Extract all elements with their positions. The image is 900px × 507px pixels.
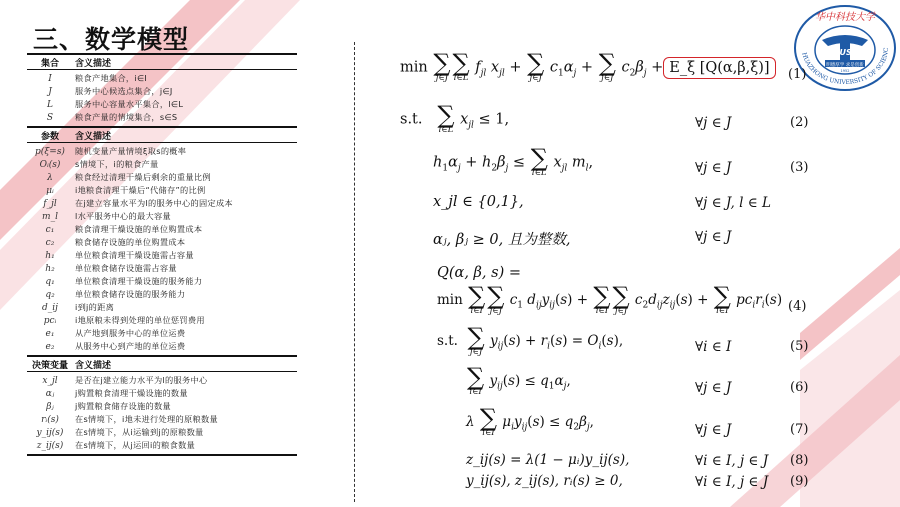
symbol: λ	[27, 173, 73, 183]
equation-binary: x_jl ∈ {0,1},	[433, 194, 524, 210]
symbol: d_ij	[27, 303, 73, 313]
table-row: h₂单位粮食储存设施需占容量	[27, 262, 297, 275]
description: 单位粮食储存设施的服务能力	[73, 289, 185, 300]
equation-number: (3)	[790, 160, 808, 175]
min-keyword: min	[437, 292, 463, 308]
symbol: βⱼ	[27, 402, 73, 412]
table-bottom-rule	[27, 454, 297, 456]
table-row: βⱼj购置粮食储存设施的数量	[27, 400, 297, 413]
symbol: c₁	[27, 225, 73, 235]
table-row: q₁单位粮食清理干燥设施的服务能力	[27, 275, 297, 288]
symbol: I	[27, 74, 73, 84]
symbol: m_l	[27, 212, 73, 222]
symbol: f_jl	[27, 199, 73, 209]
table-row: f_jl在j建立容量水平为l的服务中心的固定成本	[27, 197, 297, 210]
recourse-function-definition: Q(α, β, s) =	[437, 265, 521, 281]
header-desc: 含义描述	[73, 358, 111, 371]
table-row: L服务中心容量水平集合，l∈L	[27, 98, 297, 111]
sets-header: 集合 含义描述	[27, 53, 297, 70]
equation-condition: ∀j ∈ J	[695, 380, 731, 396]
description: 在s情境下，从j运回i的粮食数量	[73, 440, 195, 451]
logo-top-text: 华中科技大学	[815, 11, 877, 23]
table-row: I粮食产地集合，i∈I	[27, 72, 297, 85]
header-desc: 含义描述	[73, 129, 111, 142]
equation-condition: ∀j ∈ J	[695, 422, 731, 438]
equation-number: (6)	[790, 380, 808, 395]
symbol: h₁	[27, 251, 73, 261]
equation-7: λ ∑i∈I μiyij(s) ≤ q2βj,	[466, 407, 594, 438]
symbol: Oᵢ(s)	[27, 160, 73, 170]
symbol: μᵢ	[27, 186, 73, 196]
equation-condition: ∀j ∈ J	[695, 160, 731, 176]
description: i地原粮未得到处理的单位惩罚费用	[73, 315, 205, 326]
symbol: x_jl	[27, 376, 73, 386]
symbol: h₂	[27, 264, 73, 274]
symbol: e₂	[27, 342, 73, 352]
description: 粮食清理干燥设施的单位购置成本	[73, 224, 202, 235]
table-row: e₂从服务中心到产地的单位运费	[27, 340, 297, 353]
symbol: pcᵢ	[27, 316, 73, 326]
st-keyword: s.t.	[400, 112, 423, 128]
table-row: c₂粮食储存设施的单位购置成本	[27, 236, 297, 249]
table-row: p(ξ=s)随机变量产量情境ξ取s的概率	[27, 145, 297, 158]
equation-number: (5)	[790, 339, 808, 354]
symbol: e₁	[27, 329, 73, 339]
description: 粮食经过清理干燥后剩余的重量比例	[73, 172, 211, 183]
description: 粮食产地集合，i∈I	[73, 73, 147, 84]
description: 粮食产量的情境集合，s∈S	[73, 112, 177, 123]
logo-mark: HUST	[833, 48, 858, 57]
equation-9: y_ij(s), z_ij(s), rᵢ(s) ≥ 0,	[466, 473, 623, 489]
symbol: p(ξ=s)	[27, 147, 73, 157]
vars-header: 决策变量 含义描述	[27, 355, 297, 372]
table-row: μᵢi地粮食清理干燥后“代储存”的比例	[27, 184, 297, 197]
sets-rows: I粮食产地集合，i∈I J服务中心候选点集合，j∈J L服务中心容量水平集合，l…	[27, 70, 297, 126]
table-row: J服务中心候选点集合，j∈J	[27, 85, 297, 98]
equation-condition: ∀j ∈ J	[695, 229, 731, 245]
symbol: L	[27, 100, 73, 110]
description: i到j的距离	[73, 302, 114, 313]
description: l水平服务中心的最大容量	[73, 211, 171, 222]
table-row: pcᵢi地原粮未得到处理的单位惩罚费用	[27, 314, 297, 327]
table-row: x_jl是否在j建立能力水平为l的服务中心	[27, 374, 297, 387]
equation-condition: ∀j ∈ J, l ∈ L	[695, 195, 771, 211]
st-keyword: s.t.	[437, 333, 458, 349]
equation-number: (1)	[788, 67, 806, 82]
symbol: S	[27, 113, 73, 123]
table-row: λ粮食经过清理干燥后剩余的重量比例	[27, 171, 297, 184]
logo-motto: 明德厚学 求是创新	[826, 61, 864, 68]
equation-4: min ∑i∈I∑j∈J c1 dijyij(s) + ∑i∈I∑j∈J c2d…	[437, 285, 782, 316]
equation-condition: ∀j ∈ J	[695, 115, 731, 131]
description: 随机变量产量情境ξ取s的概率	[73, 146, 186, 157]
table-row: d_iji到j的距离	[27, 301, 297, 314]
description: 在s情境下，从i运输到j的原粮数量	[73, 427, 204, 438]
table-row: z_ij(s)在s情境下，从j运回i的粮食数量	[27, 439, 297, 452]
description: 服务中心容量水平集合，l∈L	[73, 99, 183, 110]
column-divider	[354, 42, 355, 502]
description: 单位粮食清理干燥设施需占容量	[73, 250, 194, 261]
expected-recourse-highlight: E_ξ [Q(α,β,ξ)]	[663, 57, 775, 79]
symbol: z_ij(s)	[27, 441, 73, 451]
equation-number: (4)	[788, 299, 806, 314]
description: 粮食储存设施的单位购置成本	[73, 237, 185, 248]
description: s情境下，i的粮食产量	[73, 159, 159, 170]
vars-rows: x_jl是否在j建立能力水平为l的服务中心 αⱼj购置粮食清理干燥设施的数量 β…	[27, 372, 297, 454]
equation-6: ∑i∈I yij(s) ≤ q1αj,	[466, 366, 571, 397]
equation-condition: ∀i ∈ I, j ∈ J	[695, 453, 768, 469]
table-row: h₁单位粮食清理干燥设施需占容量	[27, 249, 297, 262]
description: i地粮食清理干燥后“代储存”的比例	[73, 185, 205, 196]
params-rows: p(ξ=s)随机变量产量情境ξ取s的概率 Oᵢ(s)s情境下，i的粮食产量 λ粮…	[27, 143, 297, 355]
equation-condition: ∀i ∈ I	[695, 339, 731, 355]
description: 从产地到服务中心的单位运费	[73, 328, 185, 339]
table-row: rᵢ(s)在s情境下，i地未进行处理的原粮数量	[27, 413, 297, 426]
equation-number: (7)	[790, 422, 808, 437]
table-row: S粮食产量的情境集合，s∈S	[27, 111, 297, 124]
equation-integer: αⱼ, βⱼ ≥ 0, 且为整数,	[433, 228, 570, 249]
header-desc: 含义描述	[73, 56, 111, 69]
description: 在s情境下，i地未进行处理的原粮数量	[73, 414, 218, 425]
description: j购置粮食储存设施的数量	[73, 401, 171, 412]
symbol: J	[27, 87, 73, 97]
table-row: m_ll水平服务中心的最大容量	[27, 210, 297, 223]
min-keyword: min	[400, 60, 428, 76]
symbol: y_ij(s)	[27, 428, 73, 438]
equation-2: s.t. ∑l∈L xjl ≤ 1,	[400, 104, 509, 135]
description: 在j建立容量水平为l的服务中心的固定成本	[73, 198, 233, 209]
description: 单位粮食清理干燥设施的服务能力	[73, 276, 202, 287]
slide: 三、数学模型 华中科技大学 HUST 明德厚学 求是创新 1952 HUAZHO…	[0, 0, 900, 507]
header-symbol: 集合	[27, 56, 73, 69]
table-row: Oᵢ(s)s情境下，i的粮食产量	[27, 158, 297, 171]
description: 服务中心候选点集合，j∈J	[73, 86, 173, 97]
notation-table: 集合 含义描述 I粮食产地集合，i∈I J服务中心候选点集合，j∈J L服务中心…	[27, 53, 297, 456]
symbol: q₁	[27, 277, 73, 287]
symbol: q₂	[27, 290, 73, 300]
equation-number: (2)	[790, 115, 808, 130]
description: 是否在j建立能力水平为l的服务中心	[73, 375, 207, 386]
symbol: αⱼ	[27, 389, 73, 399]
symbol: rᵢ(s)	[27, 415, 73, 425]
equation-number: (8)	[790, 453, 808, 468]
equation-8: z_ij(s) = λ(1 − μᵢ)y_ij(s),	[466, 452, 629, 468]
logo-year: 1952	[841, 69, 850, 73]
slide-title: 三、数学模型	[33, 20, 189, 56]
equation-3: h1αj + h2βj ≤ ∑l∈L xjl ml,	[433, 147, 593, 178]
table-row: q₂单位粮食储存设施的服务能力	[27, 288, 297, 301]
equation-1: min ∑j∈J∑l∈L fjl xjl + ∑j∈J c1αj + ∑j∈J …	[400, 52, 776, 83]
table-row: c₁粮食清理干燥设施的单位购置成本	[27, 223, 297, 236]
university-logo-icon: 华中科技大学 HUST 明德厚学 求是创新 1952 HUAZHONG UNIV…	[792, 2, 898, 92]
description: j购置粮食清理干燥设施的数量	[73, 388, 188, 399]
table-row: αⱼj购置粮食清理干燥设施的数量	[27, 387, 297, 400]
table-row: y_ij(s)在s情境下，从i运输到j的原粮数量	[27, 426, 297, 439]
header-symbol: 参数	[27, 129, 73, 142]
description: 从服务中心到产地的单位运费	[73, 341, 185, 352]
equation-5: s.t. ∑j∈J yij(s) + ri(s) = Oi(s),	[437, 326, 623, 357]
equation-condition: ∀i ∈ I, j ∈ J	[695, 474, 768, 490]
table-row: e₁从产地到服务中心的单位运费	[27, 327, 297, 340]
symbol: c₂	[27, 238, 73, 248]
equation-number: (9)	[790, 474, 808, 489]
header-symbol: 决策变量	[27, 358, 73, 371]
description: 单位粮食储存设施需占容量	[73, 263, 177, 274]
params-header: 参数 含义描述	[27, 126, 297, 143]
